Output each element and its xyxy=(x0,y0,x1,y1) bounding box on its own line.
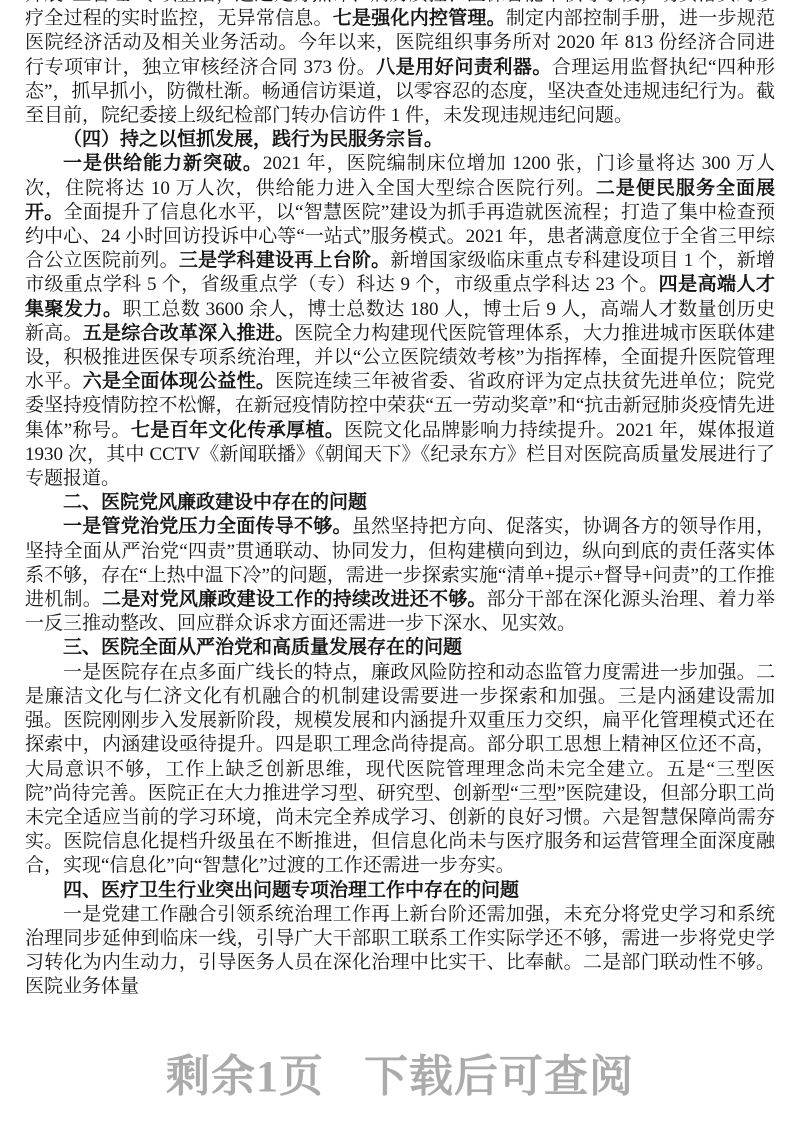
paragraph: 一是党建工作融合引领系统治理工作再上新台阶还需加强，未充分将党史学习和系统治理同… xyxy=(25,903,775,1000)
paragraph: 一是管党治党压力全面传导不够。虽然坚持把方向、促落实，协调各方的领导作用，坚持全… xyxy=(25,515,775,636)
section-heading: 二、医院党风廉政建设中存在的问题 xyxy=(25,491,775,515)
text-run: 一是党建工作融合引领系统治理工作再上新台阶还需加强，未充分将党史学习和系统治理同… xyxy=(25,904,775,998)
text-run: 四、医疗卫生行业突出问题专项治理工作中存在的问题 xyxy=(63,880,519,901)
download-hint-label: 下载后可查阅 xyxy=(364,1052,634,1101)
section-heading: （四）持之以恒抓发展，践行为民服务宗旨。 xyxy=(25,128,775,152)
page: { "page": { "background": "#ffffff", "te… xyxy=(0,0,800,1145)
remaining-pages-label: 剩余1页 xyxy=(166,1052,324,1101)
text-run: 一是管党治党压力全面传导不够。 xyxy=(63,516,352,537)
text-run: （四）持之以恒抓发展，践行为民服务宗旨。 xyxy=(63,129,443,150)
document-body: 开展“三合理”专项整治，通过处方点评、病历质控、医保智能审核等手段，切实落实对诊… xyxy=(25,0,775,1000)
text-run: 五是综合改革深入推进。 xyxy=(83,323,295,344)
text-run: 一是医院存在点多面广线长的特点，廉政风险防控和动态监管力度需进一步加强。二是廉洁… xyxy=(25,662,775,877)
text-run: 八是用好问责利器。 xyxy=(376,57,552,78)
section-heading: 四、医疗卫生行业突出问题专项治理工作中存在的问题 xyxy=(25,879,775,903)
text-run: 二是对党风廉政建设工作的持续改进还不够。 xyxy=(102,589,487,610)
text-run: 七是百年文化传承厚植。 xyxy=(131,420,344,441)
text-run: 三是学科建设再上台阶。 xyxy=(179,250,391,271)
section-heading: 三、医院全面从严治党和高质量发展存在的问题 xyxy=(25,636,775,660)
paragraph: 开展“三合理”专项整治，通过处方点评、病历质控、医保智能审核等手段，切实落实对诊… xyxy=(25,0,775,128)
paragraph: 一是供给能力新突破。2021 年，医院编制床位增加 1200 张，门诊量将达 3… xyxy=(25,152,775,491)
text-run: 三、医院全面从严治党和高质量发展存在的问题 xyxy=(63,637,462,658)
paragraph: 一是医院存在点多面广线长的特点，廉政风险防控和动态监管力度需进一步加强。二是廉洁… xyxy=(25,661,775,879)
remaining-pages-banner: 剩余1页下载后可查阅 xyxy=(0,1040,800,1104)
text-run: 六是全面体现公益性。 xyxy=(83,371,275,392)
text-run: 一是供给能力新突破。 xyxy=(63,153,263,174)
text-run: 二、医院党风廉政建设中存在的问题 xyxy=(63,492,367,513)
text-run: 七是强化内控管理。 xyxy=(333,8,506,29)
